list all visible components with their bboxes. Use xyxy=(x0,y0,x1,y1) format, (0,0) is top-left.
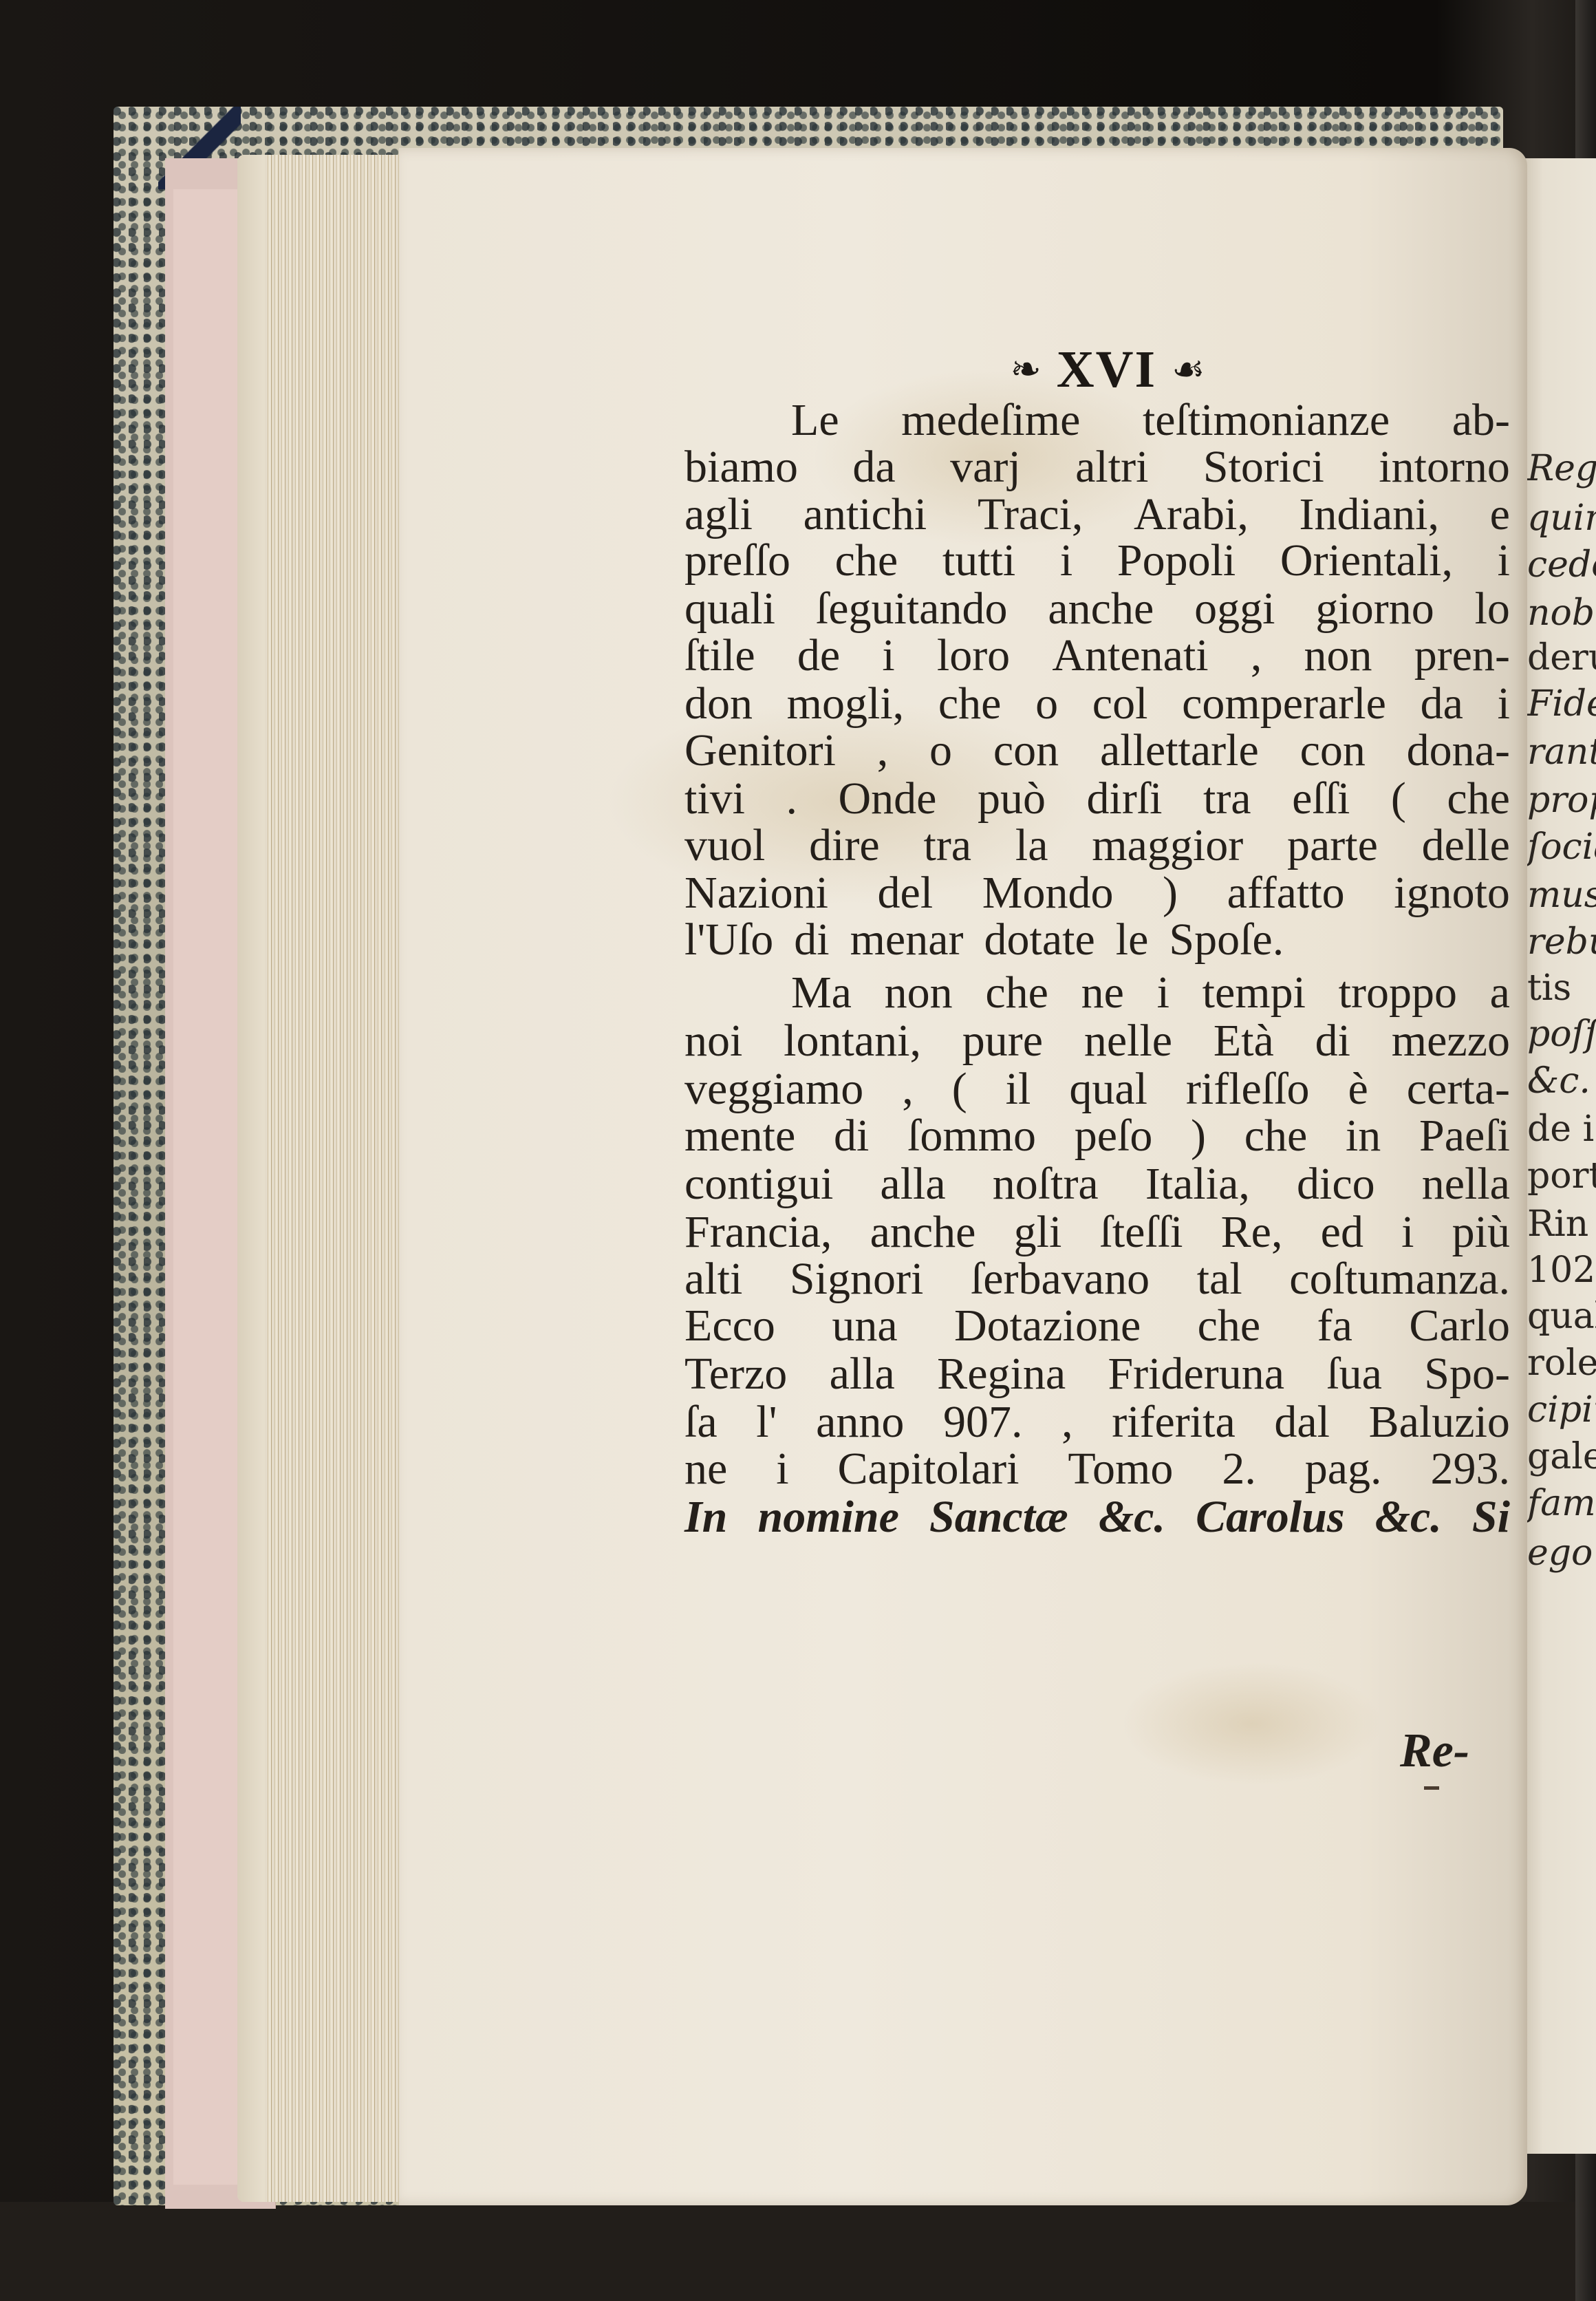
word: noi xyxy=(684,1018,742,1064)
word: Spoſe. xyxy=(1169,917,1284,963)
text-line: TerzoallaReginaFriderunaſuaSpo- xyxy=(684,1351,1510,1397)
word: ne xyxy=(684,1446,727,1492)
word: alla xyxy=(880,1162,945,1207)
word: contigui xyxy=(684,1162,833,1207)
word: riferita xyxy=(1112,1400,1236,1445)
text-line: mentediſommopeſo)cheinPaeſi xyxy=(684,1113,1510,1159)
word: don xyxy=(684,681,753,727)
word: da xyxy=(1421,681,1463,727)
word: Antenati xyxy=(1052,633,1208,678)
facing-page-word: poſſi xyxy=(1527,1016,1596,1052)
word: , xyxy=(1061,1400,1073,1445)
fleuron-right-icon: ☙ xyxy=(1172,351,1205,388)
word: tempi xyxy=(1203,970,1306,1016)
facing-page-word: port xyxy=(1527,1158,1596,1194)
word: vuol xyxy=(684,823,765,868)
text-line: ſtiledeiloroAntenati,nonpren- xyxy=(684,633,1510,678)
word: Capitolari xyxy=(837,1446,1019,1492)
word: Orientali, xyxy=(1280,538,1453,584)
word: Onde xyxy=(839,776,937,822)
word: Carlo xyxy=(1409,1303,1510,1349)
word: anno xyxy=(816,1400,904,1445)
word: ſommo xyxy=(907,1113,1036,1159)
word: oggi xyxy=(1194,586,1275,632)
word: a xyxy=(1490,970,1510,1016)
word: di xyxy=(1315,1018,1350,1064)
word: Età xyxy=(1214,1018,1274,1064)
word: tra xyxy=(923,823,971,868)
word: tra xyxy=(1203,776,1251,822)
text-line: Francia,anchegliſteſſiRe,edipiù xyxy=(684,1210,1510,1255)
facing-page-word: mus xyxy=(1527,877,1596,913)
text-line: tivi.Ondepuòdirſitraeſſi(che xyxy=(684,776,1510,822)
word: Carolus xyxy=(1196,1495,1344,1540)
word: Tomo xyxy=(1068,1446,1173,1492)
word: gli xyxy=(1014,1210,1062,1255)
word: l' xyxy=(756,1400,777,1445)
facing-page-word: rant xyxy=(1527,734,1596,770)
word: fa xyxy=(1317,1303,1352,1349)
word: i xyxy=(1060,538,1072,584)
catchword: Re- xyxy=(1400,1724,1469,1779)
word: ab- xyxy=(1452,398,1510,443)
facing-page-word: gales xyxy=(1527,1439,1596,1475)
word: pren- xyxy=(1414,633,1510,678)
word: Paeſi xyxy=(1419,1113,1510,1159)
word: Spo- xyxy=(1424,1351,1510,1397)
facing-page-word: qual xyxy=(1527,1298,1596,1334)
text-line: l'UſodimenardotateleSpoſe. xyxy=(684,917,1510,963)
word: non xyxy=(1304,633,1372,678)
facing-page-word: deru xyxy=(1527,640,1596,676)
text-line: biamodavarjaltriStoriciintorno xyxy=(684,445,1510,490)
word: agli xyxy=(684,492,753,537)
word: e xyxy=(1490,492,1510,537)
text-line: agliantichiTraci,Arabi,Indiani,e xyxy=(684,492,1510,537)
text-line: ſal'anno907.,riferitadalBaluzio xyxy=(684,1400,1510,1445)
word: dal xyxy=(1274,1400,1330,1445)
word: loro xyxy=(937,633,1010,678)
word: menar xyxy=(850,917,964,963)
word: ) xyxy=(1163,870,1178,916)
word: mezzo xyxy=(1392,1018,1510,1064)
word: Mondo xyxy=(982,870,1114,916)
page-edges-stack xyxy=(237,155,406,2202)
word: i xyxy=(776,1446,788,1492)
text-line: qualiſeguitandoancheoggigiornolo xyxy=(684,586,1510,632)
word: nomine xyxy=(758,1495,899,1540)
word: ſua xyxy=(1326,1351,1382,1397)
word: dico xyxy=(1297,1162,1375,1207)
word: , xyxy=(902,1067,914,1112)
word: lontani, xyxy=(784,1018,921,1064)
text-line: neiCapitolariTomo2.pag.293. xyxy=(684,1446,1510,1492)
word: dirſi xyxy=(1086,776,1162,822)
word: , xyxy=(1251,633,1262,678)
word: Frideruna xyxy=(1108,1351,1284,1397)
word: del xyxy=(878,870,934,916)
signature-mark xyxy=(1424,1786,1439,1790)
scan-background-bottom xyxy=(0,2202,1596,2301)
word: con xyxy=(1300,728,1366,773)
word: con xyxy=(993,728,1059,773)
word: teſtimonianze xyxy=(1143,398,1390,443)
word: da xyxy=(852,445,895,490)
word: Traci, xyxy=(978,492,1083,537)
facing-page-word: nobi xyxy=(1527,595,1596,631)
word: le xyxy=(1116,917,1149,963)
word: l'Uſo xyxy=(684,917,773,963)
facing-page-word: tis xyxy=(1527,970,1571,1006)
facing-page-word: ego xyxy=(1527,1535,1593,1571)
word: Storici xyxy=(1203,445,1324,490)
word: qual xyxy=(1069,1067,1147,1112)
word: i xyxy=(1157,970,1169,1016)
word: 907. xyxy=(943,1400,1023,1445)
word: nella xyxy=(1422,1162,1510,1207)
word: &c. xyxy=(1375,1495,1442,1540)
facing-page-word: ſocia xyxy=(1527,829,1596,865)
word: medeſime xyxy=(901,398,1080,443)
text-line: EccounaDotazionechefaCarlo xyxy=(684,1303,1510,1349)
word: Genitori xyxy=(684,728,836,773)
word: troppo xyxy=(1339,970,1457,1016)
word: Baluzio xyxy=(1369,1400,1510,1445)
page-number: XVI xyxy=(1057,343,1156,396)
word: il xyxy=(1006,1067,1031,1112)
facing-page-word: Reg xyxy=(1527,451,1596,486)
word: intorno xyxy=(1379,445,1510,490)
word: che xyxy=(985,970,1048,1016)
word: ) xyxy=(1191,1113,1206,1159)
text-line: veggiamo,(ilqualrifleſſoècerta- xyxy=(684,1067,1510,1112)
word: Ma xyxy=(791,970,852,1016)
word: lo xyxy=(1475,586,1510,632)
text-line: NazionidelMondo)affattoignoto xyxy=(684,870,1510,916)
word: alla xyxy=(830,1351,895,1397)
word: giorno xyxy=(1315,586,1434,632)
word: una xyxy=(832,1303,897,1349)
facing-page-word: de i xyxy=(1527,1111,1594,1147)
word: o xyxy=(929,728,952,773)
word: coſtumanza. xyxy=(1289,1256,1510,1302)
text-line: Genitori,oconallettarlecondona- xyxy=(684,728,1510,773)
word: preſſo xyxy=(684,538,790,584)
facing-page-word: fam xyxy=(1527,1486,1596,1521)
word: Nazioni xyxy=(684,870,828,916)
word: de xyxy=(797,633,840,678)
word: &c. xyxy=(1099,1495,1165,1540)
word: può xyxy=(978,776,1046,822)
word: ( xyxy=(952,1067,967,1112)
word: comperarle xyxy=(1182,681,1386,727)
word: Popoli xyxy=(1117,538,1236,584)
word: i xyxy=(1401,1210,1414,1255)
word: certa- xyxy=(1407,1067,1510,1112)
word: che xyxy=(1447,776,1510,822)
word: maggior xyxy=(1092,823,1243,868)
word: noſtra xyxy=(993,1162,1099,1207)
word: dire xyxy=(809,823,880,868)
word: delle xyxy=(1422,823,1510,868)
word: varj xyxy=(950,445,1021,490)
text-line: contiguiallanoſtraItalia,diconella xyxy=(684,1162,1510,1207)
word: Regina xyxy=(937,1351,1066,1397)
word: più xyxy=(1452,1210,1510,1255)
word: ſteſſi xyxy=(1100,1210,1183,1255)
word: che xyxy=(1198,1303,1261,1349)
word: parte xyxy=(1287,823,1378,868)
word: . xyxy=(786,776,798,822)
word: eſſi xyxy=(1292,776,1350,822)
word: mente xyxy=(684,1113,795,1159)
word: di xyxy=(794,917,829,963)
word: ed xyxy=(1321,1210,1363,1255)
word: tutti xyxy=(942,538,1015,584)
word: Si xyxy=(1472,1495,1510,1540)
word: o xyxy=(1035,681,1058,727)
word: peſo xyxy=(1075,1113,1153,1159)
word: la xyxy=(1015,823,1048,868)
foxing-stain xyxy=(1121,1662,1383,1786)
word: , xyxy=(877,728,889,773)
word: ſa xyxy=(684,1400,718,1445)
word: alti xyxy=(684,1256,742,1302)
word: tivi xyxy=(684,776,745,822)
facing-page-word: Fide xyxy=(1527,686,1596,722)
text-line: InnomineSanctæ&c.Carolus&c.Si xyxy=(684,1495,1510,1540)
text-line: donmogli,cheocolcomperarledai xyxy=(684,681,1510,727)
facing-page-fragment: RegquincedenobideruFiderantpropſociamusr… xyxy=(1520,158,1596,2154)
word: col xyxy=(1092,681,1148,727)
word: Ecco xyxy=(684,1303,775,1349)
word: dona- xyxy=(1407,728,1510,773)
text-line: Lemedeſimeteſtimonianzeab- xyxy=(684,398,1510,443)
word: Italia, xyxy=(1145,1162,1250,1207)
word: quali xyxy=(684,586,775,632)
word: pure xyxy=(962,1018,1043,1064)
word: ſeguitando xyxy=(816,586,1008,632)
word: ignoto xyxy=(1394,870,1510,916)
word: non xyxy=(885,970,953,1016)
text-line: noilontani,purenelleEtàdimezzo xyxy=(684,1018,1510,1064)
word: i xyxy=(882,633,894,678)
word: mogli, xyxy=(787,681,905,727)
word: in xyxy=(1346,1113,1381,1159)
facing-page-word: quin xyxy=(1527,500,1596,536)
word: i xyxy=(1498,681,1510,727)
fleuron-left-icon: ❧ xyxy=(1010,351,1041,388)
word: rifleſſo xyxy=(1186,1067,1310,1112)
word: che xyxy=(938,681,1002,727)
word: biamo xyxy=(684,445,798,490)
word: Re, xyxy=(1221,1210,1283,1255)
facing-page-word: role xyxy=(1527,1345,1596,1381)
text-line: altiSignoriſerbavanotalcoſtumanza. xyxy=(684,1256,1510,1302)
word: Terzo xyxy=(684,1351,787,1397)
word: affatto xyxy=(1227,870,1345,916)
word: Arabi, xyxy=(1134,492,1249,537)
facing-page-word: rebu xyxy=(1527,924,1596,960)
word: Dotazione xyxy=(954,1303,1141,1349)
word: In xyxy=(684,1495,727,1540)
word: ne xyxy=(1081,970,1124,1016)
text-line: vuoldiretralamaggiorpartedelle xyxy=(684,823,1510,868)
word: tal xyxy=(1197,1256,1242,1302)
facing-page-word: prop xyxy=(1527,782,1596,818)
running-head: ❧ XVI ☙ xyxy=(960,339,1255,400)
word: allettarle xyxy=(1100,728,1259,773)
text-line: Manoncheneitempitroppoa xyxy=(684,970,1510,1016)
word: dotate xyxy=(984,917,1094,963)
word: 293. xyxy=(1430,1446,1510,1492)
word: Indiani, xyxy=(1300,492,1439,537)
word: ſerbavano xyxy=(971,1256,1150,1302)
word: Francia, xyxy=(684,1210,832,1255)
word: altri xyxy=(1075,445,1148,490)
word: veggiamo xyxy=(684,1067,863,1112)
facing-page-word: cede xyxy=(1527,547,1596,583)
word: 2. xyxy=(1222,1446,1256,1492)
word: anche xyxy=(1048,586,1154,632)
facing-page-word: 102 xyxy=(1527,1252,1595,1288)
word: è xyxy=(1348,1067,1368,1112)
facing-page-word: Rin xyxy=(1527,1206,1588,1242)
word: antichi xyxy=(804,492,927,537)
word: i xyxy=(1498,538,1510,584)
word: che xyxy=(1244,1113,1308,1159)
word: Signori xyxy=(790,1256,923,1302)
word: ſtile xyxy=(684,633,755,678)
word: ( xyxy=(1391,776,1406,822)
word: Le xyxy=(791,398,839,443)
word: anche xyxy=(870,1210,976,1255)
facing-page-word: cipiu xyxy=(1527,1392,1596,1428)
facing-page-word: &c. xyxy=(1527,1063,1590,1099)
word: pag. xyxy=(1305,1446,1382,1492)
text-line: preſſochetuttiiPopoliOrientali,i xyxy=(684,538,1510,584)
word: di xyxy=(834,1113,869,1159)
word: nelle xyxy=(1084,1018,1172,1064)
word: che xyxy=(835,538,898,584)
word: Sanctæ xyxy=(929,1495,1068,1540)
